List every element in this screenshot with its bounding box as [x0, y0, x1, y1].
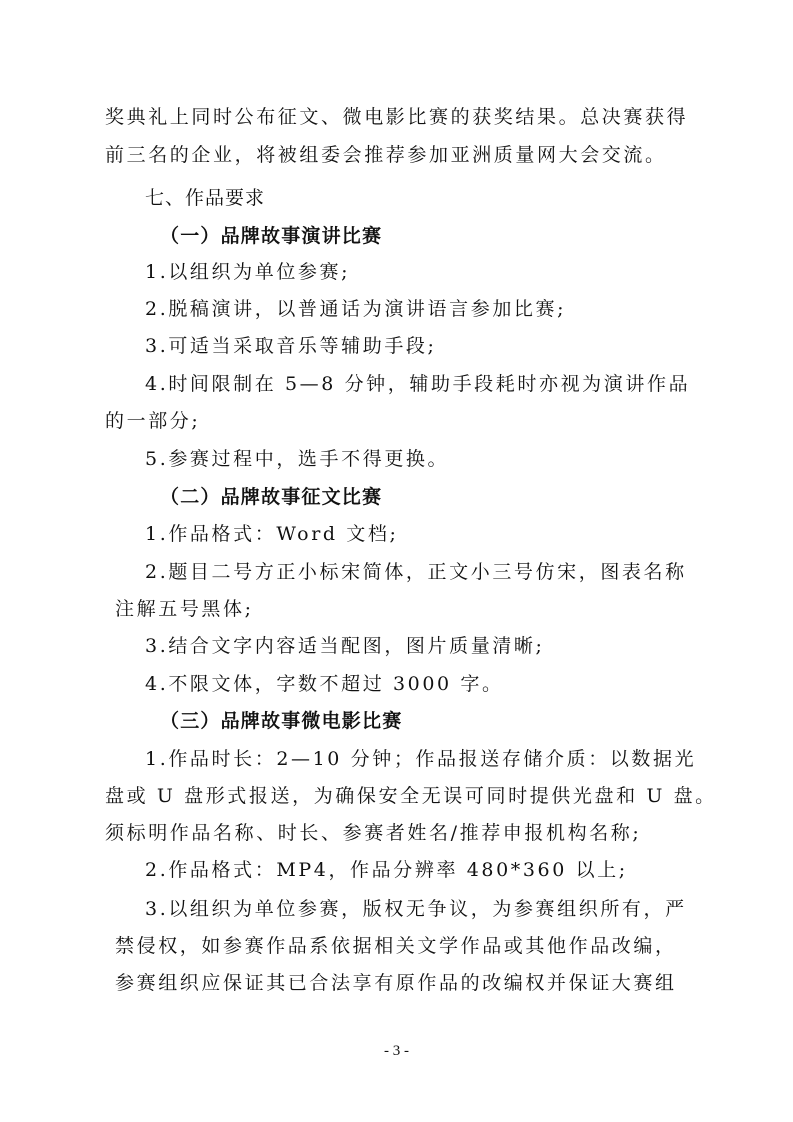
list-item-continuation: 注解五号黑体; — [115, 597, 685, 621]
list-item-continuation: 参赛组织应保证其已合法享有原作品的改编权并保证大赛组 — [115, 971, 685, 995]
list-item: 5.参赛过程中，选手不得更换。 — [145, 447, 675, 471]
body-text-line: 前三名的企业，将被组委会推荐参加亚洲质量网大会交流。 — [105, 143, 675, 167]
list-item: 3.以组织为单位参赛，版权无争议，为参赛组织所有，严 — [145, 897, 675, 921]
document-page: 奖典礼上同时公布征文、微电影比赛的获奖结果。总决赛获得 前三名的企业，将被组委会… — [0, 0, 793, 1122]
page-number: - 3 - — [0, 1043, 793, 1060]
subsection-heading: （一）品牌故事演讲比赛 — [160, 224, 730, 248]
list-item: 4.时间限制在 5—8 分钟，辅助手段耗时亦视为演讲作品 — [145, 372, 675, 396]
list-item-continuation: 盘或 U 盘形式报送，为确保安全无误可同时提供光盘和 U 盘。 — [105, 784, 675, 808]
list-item-continuation: 的一部分; — [105, 409, 675, 433]
subsection-heading: （二）品牌故事征文比赛 — [160, 485, 730, 509]
list-item: 4.不限文体，字数不超过 3000 字。 — [145, 672, 675, 696]
list-item: 3.可适当采取音乐等辅助手段; — [145, 334, 675, 358]
subsection-heading: （三）品牌故事微电影比赛 — [160, 709, 730, 733]
list-item: 1.以组织为单位参赛; — [145, 260, 675, 284]
body-text-line: 奖典礼上同时公布征文、微电影比赛的获奖结果。总决赛获得 — [105, 105, 675, 129]
list-item: 2.题目二号方正小标宋简体，正文小三号仿宋，图表名称 — [145, 560, 675, 584]
list-item-continuation: 须标明作品名称、时长、参赛者姓名/推荐申报机构名称; — [105, 821, 675, 845]
list-item: 2.作品格式：MP4，作品分辨率 480*360 以上; — [145, 858, 675, 882]
list-item: 3.结合文字内容适当配图，图片质量清晰; — [145, 634, 675, 658]
list-item: 1.作品格式：Word 文档; — [145, 522, 675, 546]
list-item: 1.作品时长：2—10 分钟；作品报送存储介质：以数据光 — [145, 747, 675, 771]
section-heading: 七、作品要求 — [145, 186, 715, 210]
list-item: 2.脱稿演讲，以普通话为演讲语言参加比赛; — [145, 297, 675, 321]
list-item-continuation: 禁侵权，如参赛作品系依据相关文学作品或其他作品改编， — [115, 934, 685, 958]
